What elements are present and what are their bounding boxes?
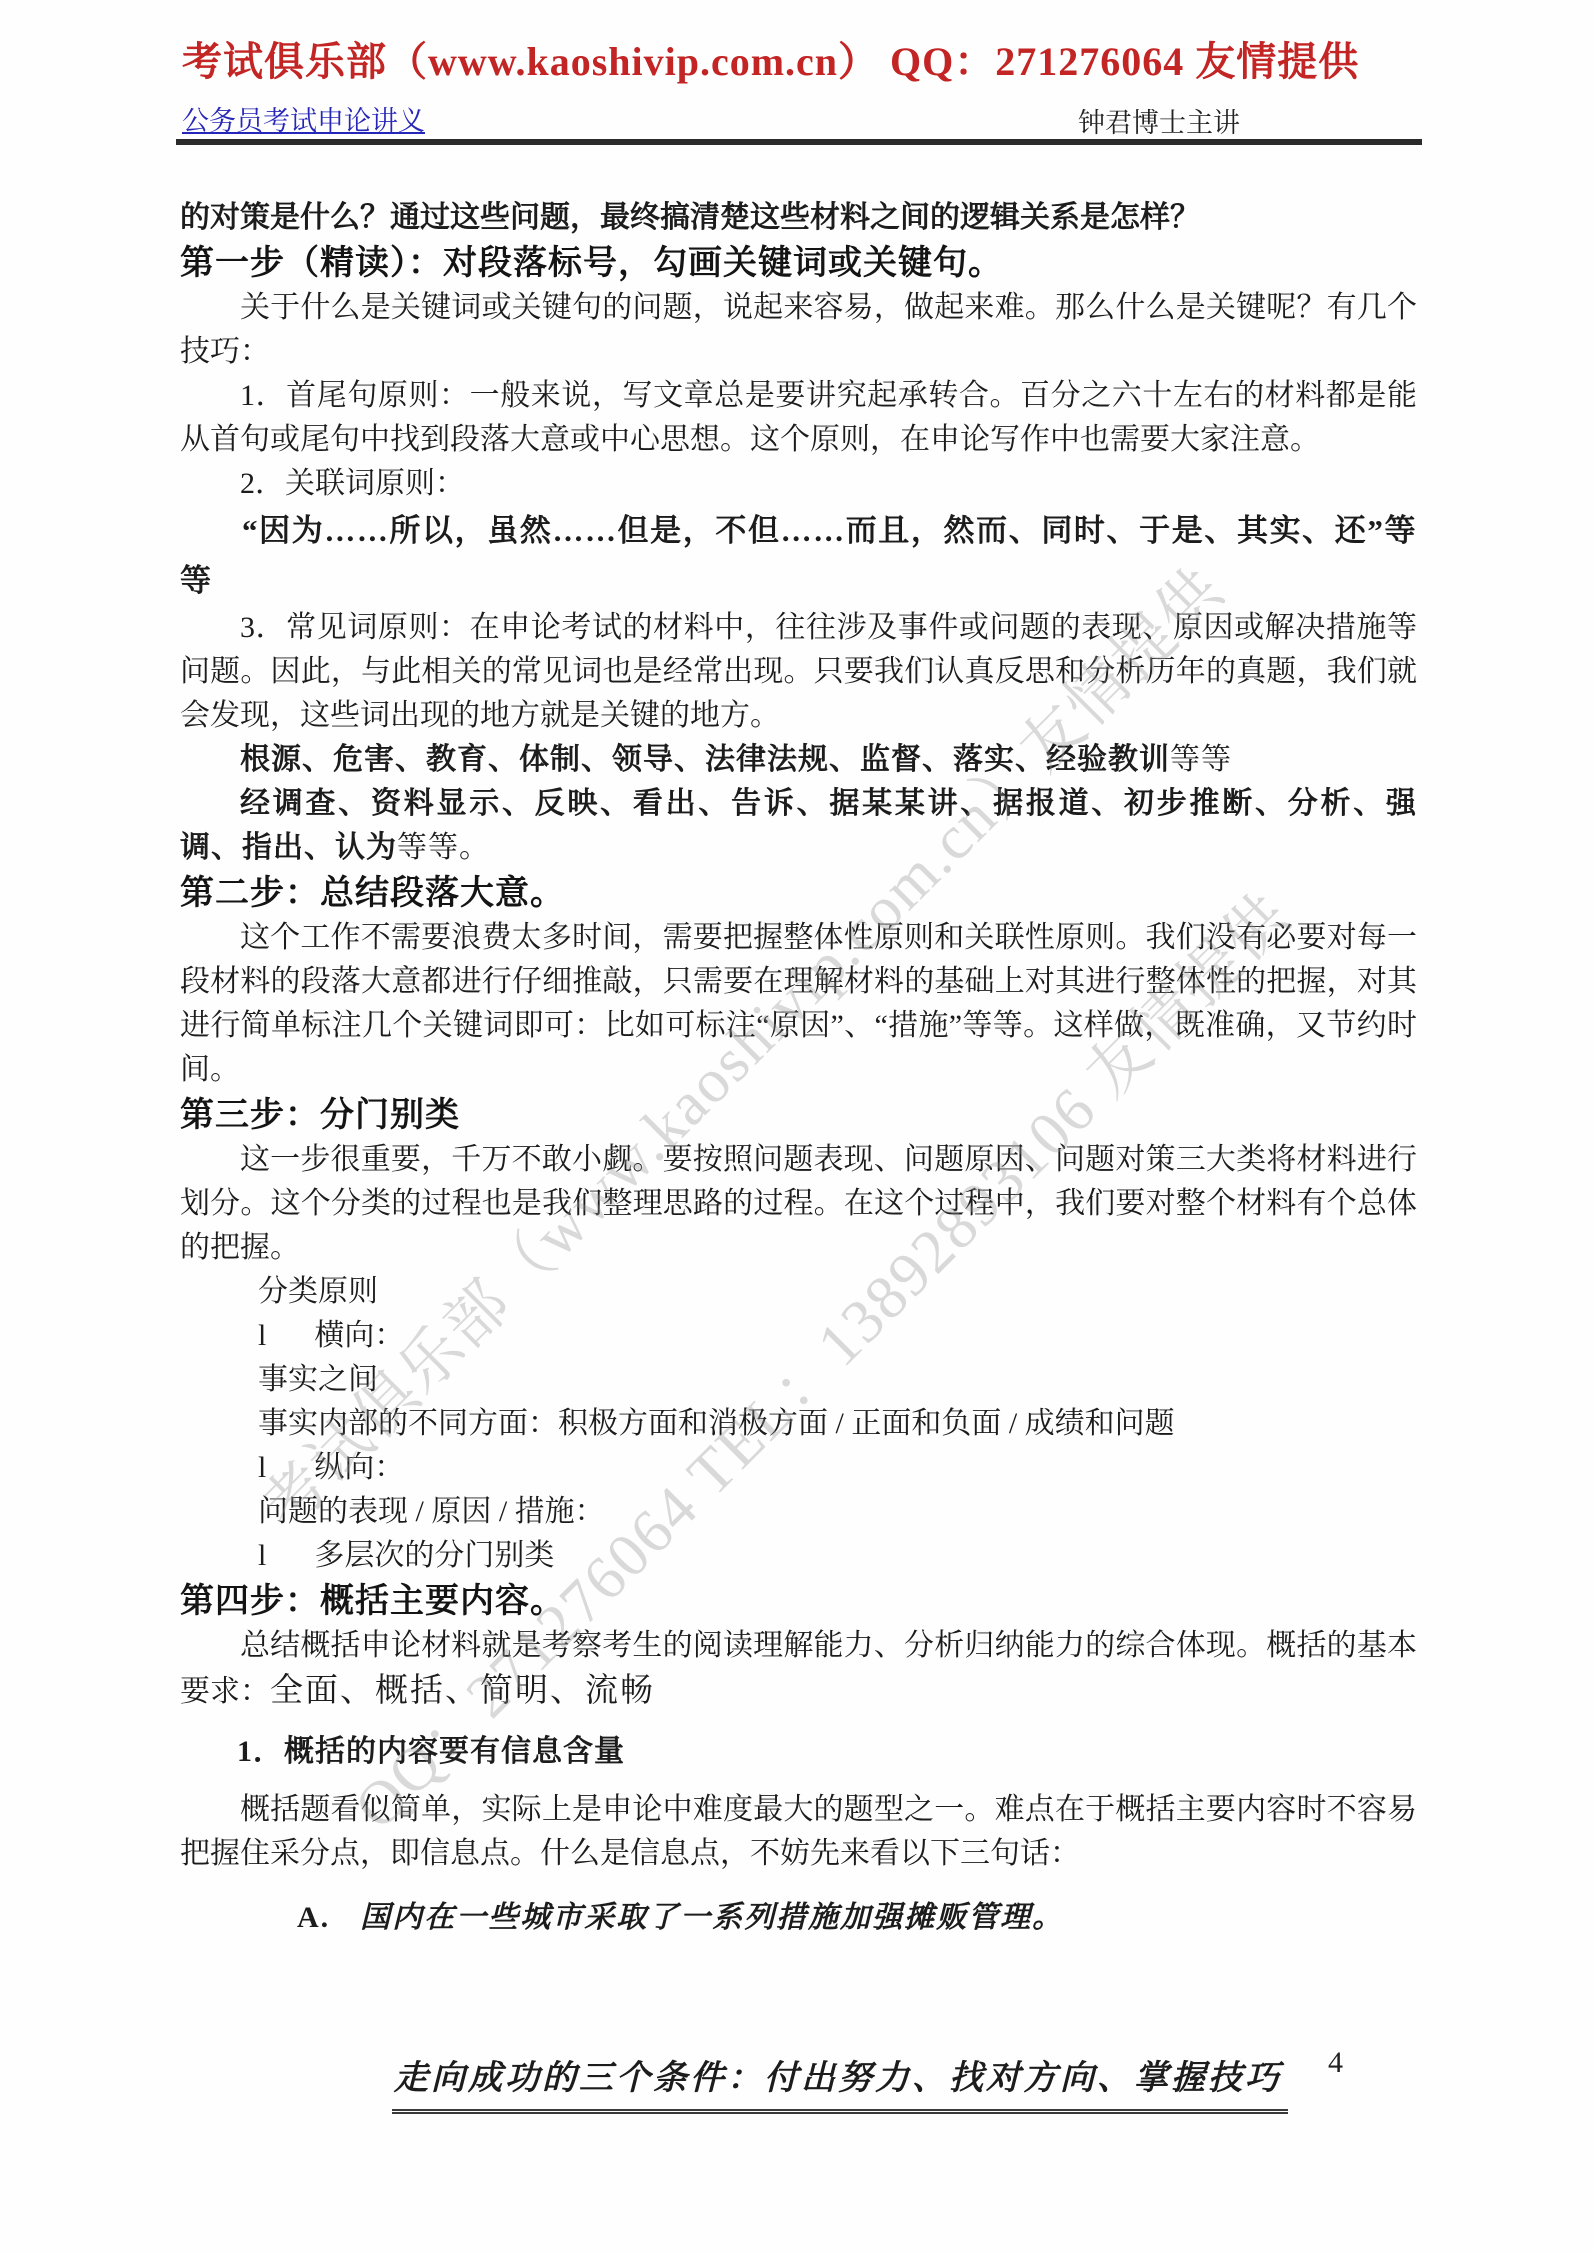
- course-title-link[interactable]: 公务员考试申论讲义: [182, 99, 425, 138]
- step4-requirements-emphasis: 全面、概括、简明、流畅: [270, 1671, 655, 1708]
- keywords1-tail: 等等: [1170, 743, 1232, 776]
- header-rule: [176, 139, 1422, 145]
- step1-conjunction-words: “因为……所以，虽然……但是，不但……而且，然而、同时、于是、其实、还”等等: [180, 506, 1417, 606]
- step1-rule2: 2．关联词原则：: [180, 462, 1417, 506]
- step1-paragraph: 关于什么是关键词或关键句的问题，说起来容易，做起来难。那么什么是关键呢？有几个技…: [180, 286, 1417, 374]
- list-item-horizontal: l横向：: [258, 1314, 1417, 1358]
- list-item-label: 纵向：: [314, 1451, 404, 1484]
- classification-principle-label: 分类原则: [258, 1270, 1417, 1314]
- list-item-vertical: l纵向：: [258, 1446, 1417, 1490]
- step1-keyword-list-2: 经调查、资料显示、反映、看出、告诉、据某某讲、据报道、初步推断、分析、强调、指出…: [180, 782, 1417, 870]
- document-body: 的对策是什么？通过这些问题，最终搞清楚这些材料之间的逻辑关系是怎样？ 第一步（精…: [180, 196, 1417, 1940]
- step3-heading: 第三步：分门别类: [180, 1092, 1417, 1138]
- promo-banner: 考试俱乐部（www.kaoshivip.com.cn） QQ：271276064…: [182, 30, 1422, 87]
- step2-heading: 第二步：总结段落大意。: [180, 870, 1417, 916]
- keywords1-bold: 根源、危害、教育、体制、领导、法律法规、监督、落实、经验教训: [240, 743, 1170, 776]
- list-item-label: 横向：: [314, 1319, 404, 1352]
- step4-heading: 第四步：概括主要内容。: [180, 1578, 1417, 1624]
- step1-rule1: 1．首尾句原则：一般来说，写文章总是要讲究起承转合。百分之六十左右的材料都是能从…: [180, 374, 1417, 462]
- list-item-multilevel: l多层次的分门别类: [258, 1534, 1417, 1578]
- step1-rule3: 3．常见词原则：在申论考试的材料中，往往涉及事件或问题的表现、原因或解决措施等问…: [180, 606, 1417, 738]
- step4-subheading-1: 1．概括的内容要有信息含量: [180, 1730, 1417, 1774]
- lecturer-name: 钟君博士主讲: [1078, 101, 1240, 140]
- line-problem-aspects: 问题的表现 / 原因 / 措施：: [258, 1490, 1417, 1534]
- bullet-marker: l: [258, 1314, 266, 1358]
- keywords2-bold: 经调查、资料显示、反映、看出、告诉、据某某讲、据报道、初步推断、分析、强调、指出…: [180, 787, 1417, 864]
- step1-heading: 第一步（精读）：对段落标号，勾画关键词或关键句。: [180, 240, 1417, 286]
- example-a-marker: A.: [297, 1896, 330, 1940]
- example-a-text: 国内在一些城市采取了一系列措施加强摊贩管理。: [360, 1901, 1064, 1934]
- document-page: 考试俱乐部（www.kaoshivip.com.cn） QQ：271276064…: [0, 0, 1594, 2252]
- line-fact-aspects: 事实内部的不同方面：积极方面和消极方面 / 正面和负面 / 成绩和问题: [258, 1402, 1417, 1446]
- line-between-facts: 事实之间: [258, 1358, 1417, 1402]
- step4-paragraph: 总结概括申论材料就是考察考生的阅读理解能力、分析归纳能力的综合体现。概括的基本要…: [180, 1624, 1417, 1714]
- bullet-marker: l: [258, 1534, 266, 1578]
- list-item-label: 多层次的分门别类: [314, 1539, 554, 1572]
- keywords2-tail: 等等。: [397, 831, 490, 864]
- step1-keyword-list-1: 根源、危害、教育、体制、领导、法律法规、监督、落实、经验教训等等: [180, 738, 1417, 782]
- intro-continuation-line: 的对策是什么？通过这些问题，最终搞清楚这些材料之间的逻辑关系是怎样？: [180, 196, 1417, 240]
- step2-paragraph: 这个工作不需要浪费太多时间，需要把握整体性原则和关联性原则。我们没有必要对每一段…: [180, 916, 1417, 1092]
- footer-slogan: 走向成功的三个条件：付出努力、找对方向、掌握技巧: [392, 2050, 1288, 2114]
- step3-paragraph: 这一步很重要，千万不敢小觑。要按照问题表现、问题原因、问题对策三大类将材料进行划…: [180, 1138, 1417, 1270]
- step4-paragraph-2: 概括题看似简单，实际上是申论中难度最大的题型之一。难点在于概括主要内容时不容易把…: [180, 1788, 1417, 1876]
- bullet-marker: l: [258, 1446, 266, 1490]
- example-sentence-a: A.国内在一些城市采取了一系列措施加强摊贩管理。: [180, 1896, 1417, 1940]
- page-number: 4: [1328, 2046, 1343, 2080]
